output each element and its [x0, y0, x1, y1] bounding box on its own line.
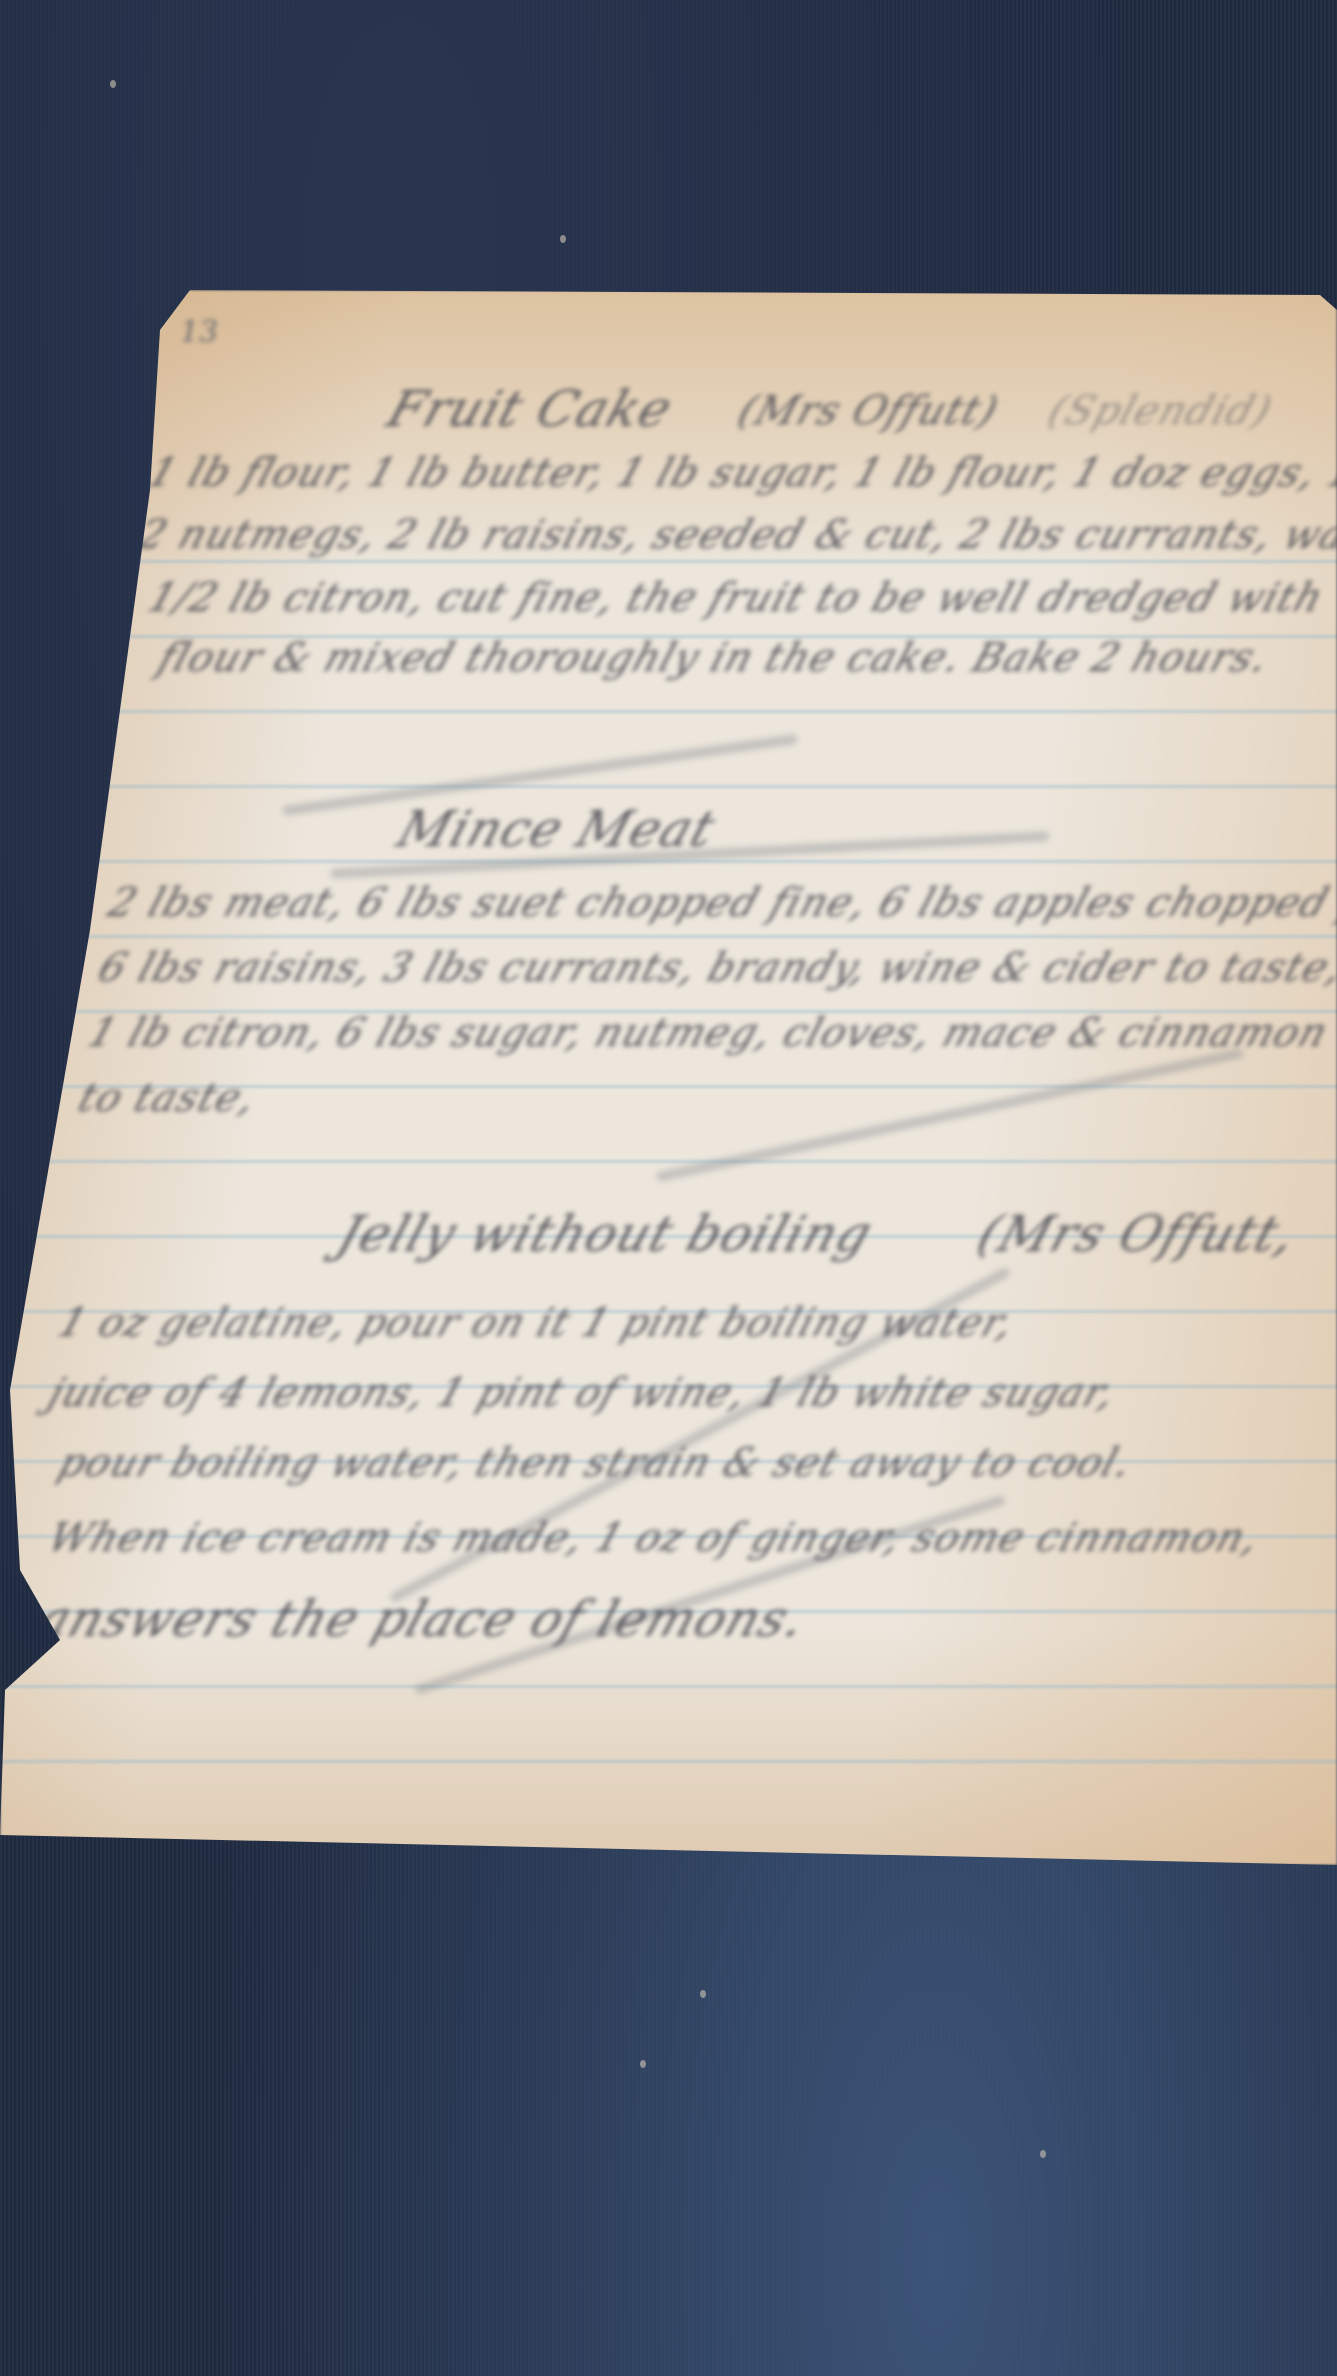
ruled-line	[0, 560, 1337, 563]
recipe-line: flour & mixed thoroughly in the cake. Ba…	[153, 635, 1275, 681]
ruled-line	[0, 710, 1337, 713]
ruled-line	[0, 1685, 1337, 1688]
ruled-line	[0, 1760, 1337, 1763]
recipe-page: 13 Fruit Cake (Mrs Offutt) (Splendid) 1 …	[0, 290, 1337, 1865]
fabric-speck	[1040, 2150, 1046, 2158]
recipe-line: 6 lbs raisins, 3 lbs currants, brandy, w…	[93, 945, 1337, 991]
recipe-attribution: (Mrs Offutt)	[733, 388, 1005, 434]
page-number: 13	[180, 315, 218, 350]
recipe-line: answers the place of lemons.	[31, 1590, 814, 1648]
fabric-speck	[110, 80, 116, 88]
ruled-line	[0, 785, 1337, 788]
recipe-line: juice of 4 lemons, 1 pint of wine, 1 lb …	[43, 1370, 1122, 1416]
ruled-line	[0, 1160, 1337, 1163]
recipe-attribution: (Mrs Offutt,	[971, 1205, 1304, 1263]
fabric-speck	[560, 235, 566, 243]
ruled-line	[0, 935, 1337, 938]
recipe-title: Mince Meat	[391, 800, 723, 858]
recipe-title: Jelly without boiling	[331, 1205, 880, 1263]
recipe-line: 1 lb flour, 1 lb butter, 1 lb sugar, 1 l…	[143, 450, 1337, 496]
recipe-title: Fruit Cake	[381, 380, 681, 438]
fabric-speck	[640, 2060, 646, 2068]
recipe-line: to taste,	[73, 1075, 263, 1121]
recipe-line: 2 nutmegs, 2 lb raisins, seeded & cut, 2…	[133, 512, 1337, 558]
recipe-line: 1 oz gelatine, pour on it 1 pint boiling…	[53, 1300, 1021, 1346]
fabric-speck	[700, 1990, 706, 1998]
recipe-line: 1/2 lb citron, cut fine, the fruit to be…	[143, 575, 1330, 621]
recipe-line: 1 lb citron, 6 lbs sugar, nutmeg, cloves…	[83, 1010, 1335, 1056]
recipe-line: 2 lbs meat, 6 lbs suet chopped fine, 6 l…	[103, 880, 1337, 926]
recipe-note: (Splendid)	[1043, 388, 1278, 434]
recipe-line: pour boiling water, then strain & set aw…	[53, 1440, 1139, 1486]
recipe-line: When ice cream is made, 1 oz of ginger, …	[43, 1515, 1266, 1561]
